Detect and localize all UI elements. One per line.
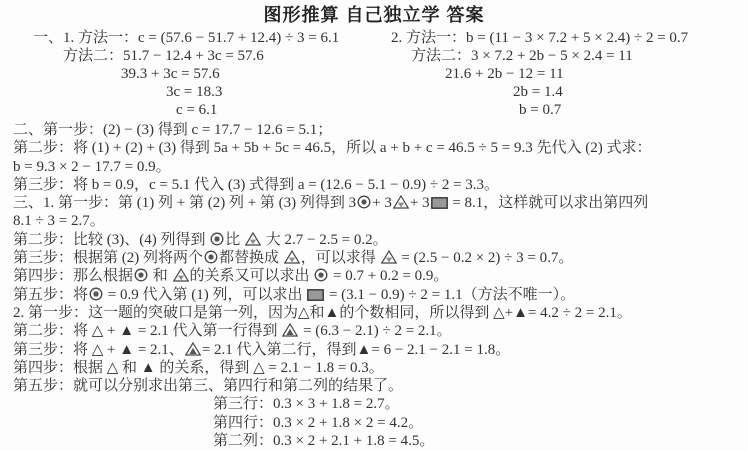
gray-square-icon xyxy=(307,289,324,301)
triangle-nested-down-icon xyxy=(245,232,261,246)
text-line: 第三步：将 b = 0.9，c = 5.1 代入 (3) 式得到 a = (12… xyxy=(13,176,748,194)
circle-dot-icon xyxy=(210,232,224,246)
triangle-nested-down-icon xyxy=(173,268,189,282)
text-line: b = 0.7 xyxy=(519,101,688,119)
text-line: 2. 第一步：这一题的突破口是第一列，因为△和▲的个数相同，所以得到 △+▲= … xyxy=(13,304,748,322)
text-line: 第三步：将 △ + ▲ = 2.1、= 2.1 代入第二行，得到▲= 6 − 2… xyxy=(13,341,748,359)
text-line: 第五步：就可以分别求出第三、第四行和第二列的结果了。 xyxy=(13,377,748,395)
text-line: 第二步：将 (1) + (2) + (3) 得到 5a + 5b + 5c = … xyxy=(13,139,748,157)
text-line: 第二列：0.3 × 2 + 2.1 + 1.8 = 4.5。 xyxy=(213,432,748,450)
text-line: 第五步：将 = 0.9 代入第 (1) 列，可以求出 = (3.1 − 0.9)… xyxy=(13,286,748,304)
text-line: 39.3 + 3c = 57.6 xyxy=(121,65,365,83)
page-title: 图形推算 自己独立学 答案 xyxy=(0,0,748,26)
circle-dot-icon xyxy=(89,287,103,301)
text-line: 第四步：根据 △ 和 ▲ 的关系，得到 △ = 2.1 − 1.8 = 0.3。 xyxy=(13,359,748,377)
problem-1-1-solution: 一、1. 方法一：c = (57.6 − 51.7 + 12.4) ÷ 3 = … xyxy=(33,29,365,119)
triangle-nested-down-icon xyxy=(284,250,300,264)
text-line: b = 9.3 × 2 − 17.7 = 0.9。 xyxy=(13,158,748,176)
text-line: 3c = 18.3 xyxy=(166,83,365,101)
circle-dot-icon xyxy=(314,268,328,282)
gray-square-icon xyxy=(431,197,448,209)
text-line: 第二步：将 △ + ▲ = 2.1 代入第一行得到 = (6.3 − 2.1) … xyxy=(13,322,748,340)
problem-one-columns: 一、1. 方法一：c = (57.6 − 51.7 + 12.4) ÷ 3 = … xyxy=(0,29,748,119)
problem-1-2-solution: 2. 方法一：b = (11 − 3 × 7.2 + 5 × 2.4) ÷ 2 … xyxy=(391,29,688,119)
text-line: 21.6 + 2b − 12 = 11 xyxy=(445,65,688,83)
text-line: 二、第一步：(2) − (3) 得到 c = 17.7 − 12.6 = 5.1… xyxy=(13,121,748,139)
text-line: 第四行：0.3 × 2 + 1.8 × 2 = 4.2。 xyxy=(213,414,748,432)
text-line: 第三行：0.3 × 3 + 1.8 = 2.7。 xyxy=(213,395,748,413)
answer-page: 图形推算 自己独立学 答案 一、1. 方法一：c = (57.6 − 51.7 … xyxy=(0,0,748,451)
circle-dot-icon xyxy=(357,195,371,209)
text-line: 2. 方法一：b = (11 − 3 × 7.2 + 5 × 2.4) ÷ 2 … xyxy=(391,29,688,47)
text-line: 方法二：3 × 7.2 + 2b − 5 × 2.4 = 11 xyxy=(411,47,688,65)
triangle-nested-up-icon xyxy=(185,342,201,356)
circle-dot-icon xyxy=(204,250,218,264)
text-line: c = 6.1 xyxy=(176,101,365,119)
triangle-nested-down-icon xyxy=(393,195,409,209)
text-line: 8.1 ÷ 3 = 2.7。 xyxy=(13,212,748,230)
text-line: 一、1. 方法一：c = (57.6 − 51.7 + 12.4) ÷ 3 = … xyxy=(33,29,365,47)
text-line: 第二步：比较 (3)、(4) 列得到 比 大 2.7 − 2.5 = 0.2。 xyxy=(13,231,748,249)
text-line: 第四步：那么根据 和 的关系又可以求出 = 0.7 + 0.2 = 0.9。 xyxy=(13,267,748,285)
triangle-nested-up-icon xyxy=(282,323,298,337)
text-line: 三、1. 第一步：第 (1) 列 + 第 (2) 列 + 第 (3) 列得到 3… xyxy=(13,194,748,212)
solution-steps: 二、第一步：(2) − (3) 得到 c = 17.7 − 12.6 = 5.1… xyxy=(13,121,748,450)
text-line: 2b = 1.4 xyxy=(513,83,688,101)
circle-dot-icon xyxy=(134,268,148,282)
text-line: 方法二：51.7 − 12.4 + 3c = 57.6 xyxy=(63,47,365,65)
triangle-nested-down-icon xyxy=(381,250,397,264)
text-line: 第三步：根据第 (2) 列将两个都替换成 ，可以求得 = (2.5 − 0.2 … xyxy=(13,249,748,267)
